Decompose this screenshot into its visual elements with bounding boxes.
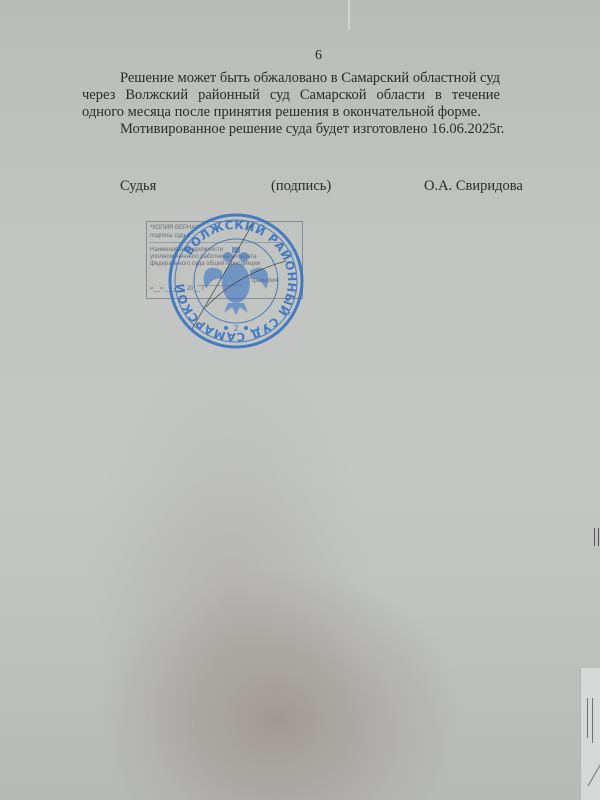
next-page-edge — [580, 668, 600, 800]
margin-text — [592, 698, 593, 743]
paper-fold — [348, 0, 350, 30]
judge-name: О.А. Свиридова — [424, 178, 523, 195]
signature-mark: (подпись) — [271, 178, 331, 195]
appeal-paragraph: Решение может быть обжаловано в Самарски… — [82, 70, 500, 121]
margin-text — [587, 698, 588, 738]
page-number: 6 — [315, 47, 322, 64]
margin-signature — [588, 760, 600, 786]
signature-role: Судья — [120, 178, 156, 195]
binding-mark — [594, 528, 599, 546]
document-page: 6 Решение может быть обжаловано в Самарс… — [0, 0, 600, 800]
reasoned-decision-paragraph: Мотивированное решение суда будет изгото… — [120, 121, 504, 138]
court-seal-icon: ВОЛЖСКИЙ РАЙОННЫЙ СУД САМАРСКОЙ ОБЛАСТИ … — [166, 211, 306, 351]
svg-text:2: 2 — [233, 324, 238, 333]
